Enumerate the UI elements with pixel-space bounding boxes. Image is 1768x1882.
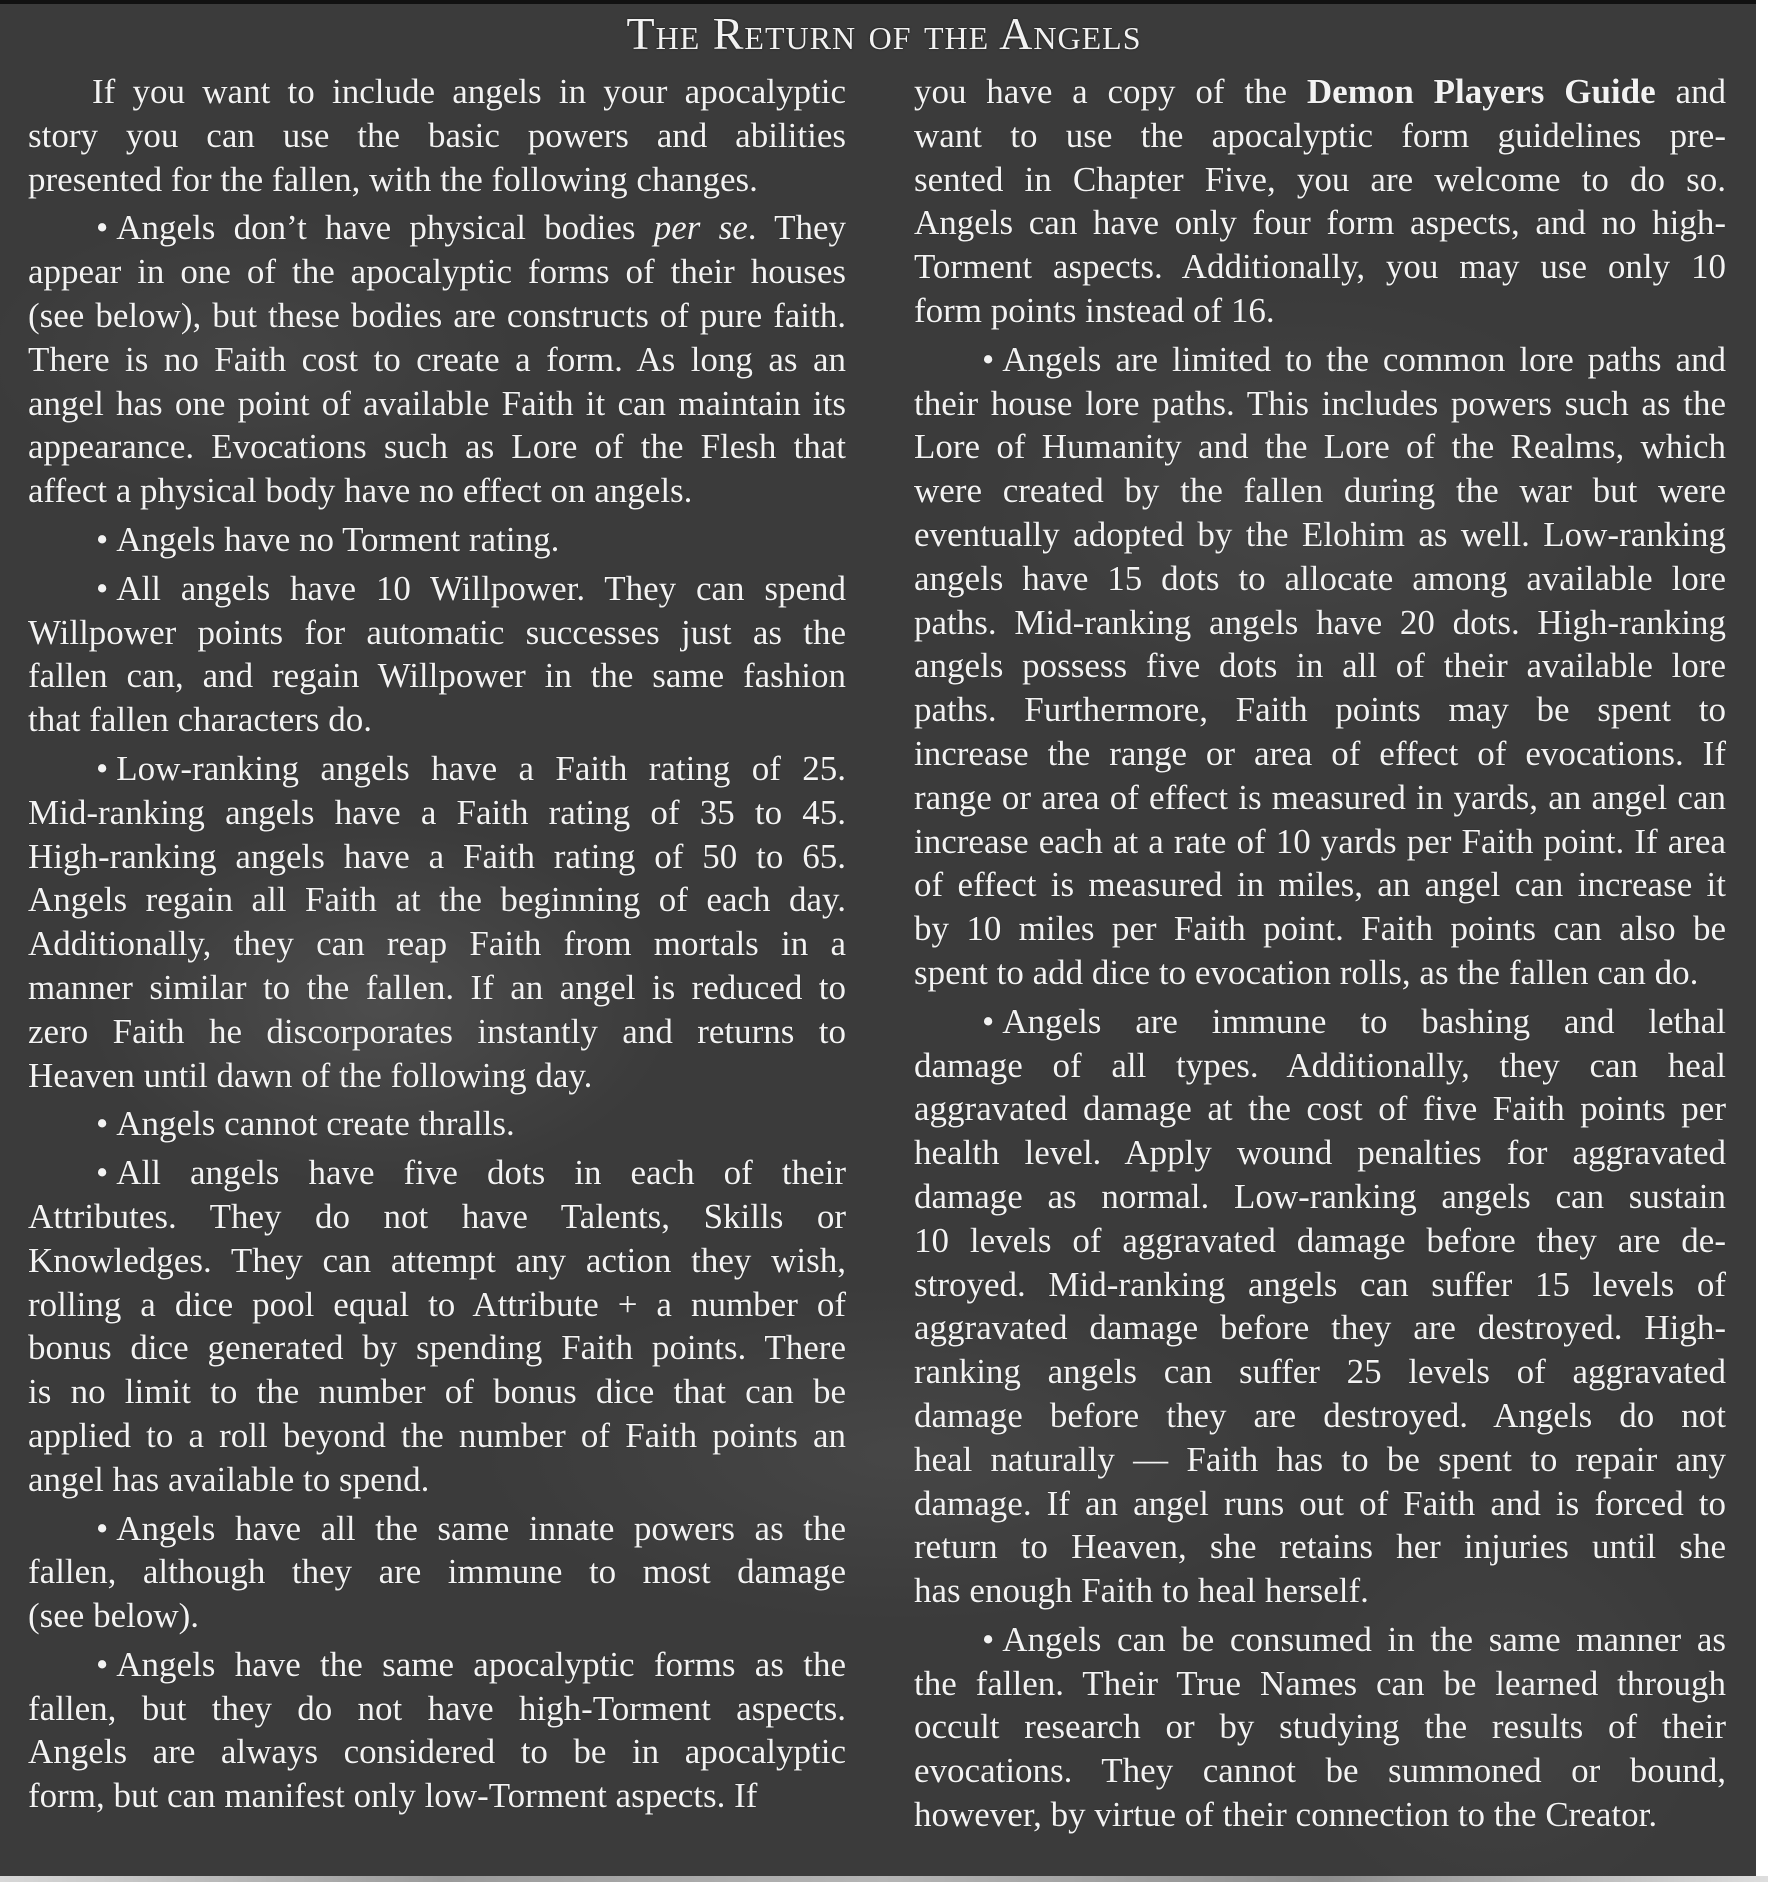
line-text: however, by virtue of their connection t… (914, 1795, 1657, 1834)
text-line: affect a physical body have no effect on… (28, 469, 846, 513)
bullet-icon: • (96, 208, 108, 247)
line-text: Lore of Humanity and the Lore of the Rea… (914, 427, 1726, 466)
line-text: form points instead of 16. (914, 291, 1275, 330)
text-line: manner similar to the fallen. If an ange… (28, 966, 846, 1010)
page-panel: The Return of the Angels If you want to … (0, 0, 1756, 1876)
text-line: 10 levels of aggravated damage before th… (914, 1219, 1726, 1263)
bullet-icon: • (96, 749, 108, 788)
text-line: Willpower points for automatic successes… (28, 611, 846, 655)
text-line: appearance. Evocations such as Lore of t… (28, 425, 846, 469)
text-line: range or area of effect is measured in y… (914, 776, 1726, 820)
bullet-paragraph: •Angels are immune to bashing and lethal… (914, 1000, 1726, 1613)
line-text: angel has one point of available Faith i… (28, 384, 846, 423)
text-line: damage of all types. Additionally, they … (914, 1044, 1726, 1088)
text-line: (see below). (28, 1594, 846, 1638)
line-text: of effect is measured in miles, an angel… (914, 865, 1726, 904)
line-text: applied to a roll beyond the number of F… (28, 1416, 846, 1455)
line-text: Angels have all the same innate powers a… (116, 1509, 846, 1548)
line-text: damage. If an angel runs out of Faith an… (914, 1484, 1726, 1523)
line-text: rolling a dice pool equal to Attribute +… (28, 1285, 846, 1324)
bullet-icon: • (982, 1002, 994, 1041)
text-line: (see below), but these bodies are constr… (28, 294, 846, 338)
bullet-paragraph: •Angels cannot create thralls. (28, 1102, 846, 1146)
line-text: If you want to include angels in your ap… (92, 72, 846, 111)
bullet-paragraph: •Low-ranking angels have a Faith rating … (28, 747, 846, 1097)
text-line: were created by the fallen during the wa… (914, 469, 1726, 513)
line-text: zero Faith he discorporates instantly an… (28, 1012, 846, 1051)
text-line: •Angels have the same apocalyptic forms … (28, 1643, 846, 1687)
text-line: Mid-ranking angels have a Faith rating o… (28, 791, 846, 835)
line-text: increase each at a rate of 10 yards per … (914, 822, 1726, 861)
line-text: All angels have 10 Willpower. They can s… (116, 569, 846, 608)
text-line: that fallen characters do. (28, 698, 846, 742)
line-text: Angels don’t have physical bodies per se… (116, 208, 846, 247)
line-text: has enough Faith to heal herself. (914, 1571, 1369, 1610)
text-line: increase each at a rate of 10 yards per … (914, 820, 1726, 864)
line-text: return to Heaven, she retains her injuri… (914, 1527, 1726, 1566)
line-text: Mid-ranking angels have a Faith rating o… (28, 793, 846, 832)
text-line: you have a copy of the Demon Players Gui… (914, 70, 1726, 114)
line-text: Low-ranking angels have a Faith rating o… (116, 749, 846, 788)
line-text: story you can use the basic powers and a… (28, 116, 846, 155)
text-line: There is no Faith cost to create a form.… (28, 338, 846, 382)
bullet-icon: • (96, 569, 108, 608)
text-line: Angels can have only four form aspects, … (914, 201, 1726, 245)
line-text: you have a copy of the Demon Players Gui… (914, 72, 1726, 111)
line-text: Angels have the same apocalyptic forms a… (116, 1645, 846, 1684)
bullet-icon: • (96, 1153, 108, 1192)
right-column: you have a copy of the Demon Players Gui… (914, 70, 1726, 1842)
line-text: Angels regain all Faith at the beginning… (28, 880, 846, 919)
bullet-paragraph: •All angels have five dots in each of th… (28, 1151, 846, 1501)
line-text: were created by the fallen during the wa… (914, 471, 1726, 510)
line-text: form, but can manifest only low-Torment … (28, 1776, 757, 1815)
text-line: want to use the apocalyptic form guideli… (914, 114, 1726, 158)
text-line: Heaven until dawn of the following day. (28, 1054, 846, 1098)
line-text: presented for the fallen, with the follo… (28, 160, 758, 199)
line-text: damage as normal. Low-ranking angels can… (914, 1177, 1726, 1216)
bullet-icon: • (96, 1509, 108, 1548)
line-text: Angels are always considered to be in ap… (28, 1732, 846, 1771)
text-line: bonus dice generated by spending Faith p… (28, 1326, 846, 1370)
line-text: aggravated damage at the cost of five Fa… (914, 1089, 1726, 1128)
text-line: •Angels are immune to bashing and lethal (914, 1000, 1726, 1044)
text-line: •Angels cannot create thralls. (28, 1102, 846, 1146)
line-text: occult research or by studying the resul… (914, 1707, 1726, 1746)
line-text: All angels have five dots in each of the… (116, 1153, 846, 1192)
line-text: Angels cannot create thralls. (116, 1104, 514, 1143)
line-text: manner similar to the fallen. If an ange… (28, 968, 846, 1007)
line-text: spent to add dice to evocation rolls, as… (914, 953, 1698, 992)
line-text: health level. Apply wound penalties for … (914, 1133, 1726, 1172)
text-line: •All angels have 10 Willpower. They can … (28, 567, 846, 611)
line-text: increase the range or area of effect of … (914, 734, 1726, 773)
line-text: (see below). (28, 1596, 199, 1635)
text-line: return to Heaven, she retains her injuri… (914, 1525, 1726, 1569)
line-text: damage of all types. Additionally, they … (914, 1046, 1726, 1085)
text-line: angel has one point of available Faith i… (28, 382, 846, 426)
text-line: angels have 15 dots to allocate among av… (914, 557, 1726, 601)
line-text: Angels are limited to the common lore pa… (1002, 340, 1726, 379)
text-line: •Angels are limited to the common lore p… (914, 338, 1726, 382)
text-line: by 10 miles per Faith point. Faith point… (914, 907, 1726, 951)
line-text: appearance. Evocations such as Lore of t… (28, 427, 846, 466)
text-line: aggravated damage before they are destro… (914, 1306, 1726, 1350)
line-text: their house lore paths. This includes po… (914, 384, 1726, 423)
line-text: damage before they are destroyed. Angels… (914, 1396, 1726, 1435)
line-text: affect a physical body have no effect on… (28, 471, 692, 510)
text-line: damage as normal. Low-ranking angels can… (914, 1175, 1726, 1219)
line-text: Angels can be consumed in the same manne… (1002, 1620, 1726, 1659)
line-text: evocations. They cannot be summoned or b… (914, 1751, 1726, 1790)
text-line: is no limit to the number of bonus dice … (28, 1370, 846, 1414)
line-text: (see below), but these bodies are constr… (28, 296, 846, 335)
text-line: their house lore paths. This includes po… (914, 382, 1726, 426)
text-line: has enough Faith to heal herself. (914, 1569, 1726, 1613)
line-text: aggravated damage before they are destro… (914, 1308, 1726, 1347)
line-text: Heaven until dawn of the following day. (28, 1056, 592, 1095)
line-text: Angels can have only four form aspects, … (914, 203, 1726, 242)
line-text: angels possess five dots in all of their… (914, 646, 1726, 685)
bottom-edge (0, 1876, 1768, 1882)
text-line: •Angels can be consumed in the same mann… (914, 1618, 1726, 1662)
bullet-paragraph: •Angels have no Torment rating. (28, 518, 846, 562)
line-text: Torment aspects. Additionally, you may u… (914, 247, 1726, 286)
text-line: •Angels have all the same innate powers … (28, 1507, 846, 1551)
bullet-paragraph: •Angels are limited to the common lore p… (914, 338, 1726, 995)
line-text: There is no Faith cost to create a form.… (28, 340, 846, 379)
text-line: damage. If an angel runs out of Faith an… (914, 1482, 1726, 1526)
line-text: eventually adopted by the Elohim as well… (914, 515, 1726, 554)
line-text: sented in Chapter Five, you are welcome … (914, 160, 1726, 199)
text-line: Attributes. They do not have Talents, Sk… (28, 1195, 846, 1239)
text-line: appear in one of the apocalyptic forms o… (28, 250, 846, 294)
text-line: High-ranking angels have a Faith rating … (28, 835, 846, 879)
text-line: sented in Chapter Five, you are welcome … (914, 158, 1726, 202)
line-text: ranking angels can suffer 25 levels of a… (914, 1352, 1726, 1391)
bullet-icon: • (96, 1104, 108, 1143)
text-line: fallen can, and regain Willpower in the … (28, 654, 846, 698)
line-text: fallen can, and regain Willpower in the … (28, 656, 846, 695)
text-line: rolling a dice pool equal to Attribute +… (28, 1283, 846, 1327)
text-line: Angels are always considered to be in ap… (28, 1730, 846, 1774)
line-text: Angels have no Torment rating. (116, 520, 559, 559)
line-text: by 10 miles per Faith point. Faith point… (914, 909, 1726, 948)
line-text: paths. Mid-ranking angels have 20 dots. … (914, 603, 1726, 642)
line-text: angel has available to spend. (28, 1460, 429, 1499)
text-line: Torment aspects. Additionally, you may u… (914, 245, 1726, 289)
bullet-paragraph: •Angels don’t have physical bodies per s… (28, 206, 846, 513)
text-line: form points instead of 16. (914, 289, 1726, 333)
bullet-paragraph: •Angels have all the same innate powers … (28, 1507, 846, 1638)
text-line: If you want to include angels in your ap… (28, 70, 846, 114)
text-line: increase the range or area of effect of … (914, 732, 1726, 776)
bullet-icon: • (982, 1620, 994, 1659)
line-text: Willpower points for automatic successes… (28, 613, 846, 652)
line-text: Angels are immune to bashing and lethal (1002, 1002, 1726, 1041)
line-text: that fallen characters do. (28, 700, 372, 739)
bullet-paragraph: •Angels can be consumed in the same mann… (914, 1618, 1726, 1837)
text-line: angels possess five dots in all of their… (914, 644, 1726, 688)
line-text: fallen, but they do not have high-Tormen… (28, 1689, 846, 1728)
line-text: High-ranking angels have a Faith rating … (28, 837, 846, 876)
bullet-paragraph: •All angels have 10 Willpower. They can … (28, 567, 846, 742)
line-text: want to use the apocalyptic form guideli… (914, 116, 1726, 155)
text-line: Lore of Humanity and the Lore of the Rea… (914, 425, 1726, 469)
text-line: evocations. They cannot be summoned or b… (914, 1749, 1726, 1793)
text-line: spent to add dice to evocation rolls, as… (914, 951, 1726, 995)
text-line: Additionally, they can reap Faith from m… (28, 922, 846, 966)
paragraph: you have a copy of the Demon Players Gui… (914, 70, 1726, 333)
text-line: heal naturally — Faith has to be spent t… (914, 1438, 1726, 1482)
text-line: paths. Furthermore, Faith points may be … (914, 688, 1726, 732)
text-line: of effect is measured in miles, an angel… (914, 863, 1726, 907)
line-text: appear in one of the apocalyptic forms o… (28, 252, 846, 291)
line-text: Attributes. They do not have Talents, Sk… (28, 1197, 846, 1236)
line-text: Additionally, they can reap Faith from m… (28, 924, 846, 963)
text-line: health level. Apply wound penalties for … (914, 1131, 1726, 1175)
bullet-icon: • (96, 1645, 108, 1684)
paragraph: If you want to include angels in your ap… (28, 70, 846, 201)
line-text: stroyed. Mid-ranking angels can suffer 1… (914, 1265, 1726, 1304)
bullet-icon: • (96, 520, 108, 559)
text-line: paths. Mid-ranking angels have 20 dots. … (914, 601, 1726, 645)
text-line: ranking angels can suffer 25 levels of a… (914, 1350, 1726, 1394)
text-line: damage before they are destroyed. Angels… (914, 1394, 1726, 1438)
line-text: 10 levels of aggravated damage before th… (914, 1221, 1726, 1260)
text-line: fallen, although they are immune to most… (28, 1550, 846, 1594)
page-title: The Return of the Angels (0, 8, 1768, 60)
text-line: form, but can manifest only low-Torment … (28, 1774, 846, 1818)
text-line: Angels regain all Faith at the beginning… (28, 878, 846, 922)
text-line: story you can use the basic powers and a… (28, 114, 846, 158)
text-line: zero Faith he discorporates instantly an… (28, 1010, 846, 1054)
line-text: the fallen. Their True Names can be lear… (914, 1664, 1726, 1703)
line-text: heal naturally — Faith has to be spent t… (914, 1440, 1726, 1479)
text-line: fallen, but they do not have high-Tormen… (28, 1687, 846, 1731)
text-line: Knowledges. They can attempt any action … (28, 1239, 846, 1283)
text-line: •Angels have no Torment rating. (28, 518, 846, 562)
text-line: •Angels don’t have physical bodies per s… (28, 206, 846, 250)
line-text: paths. Furthermore, Faith points may be … (914, 690, 1726, 729)
text-line: •Low-ranking angels have a Faith rating … (28, 747, 846, 791)
line-text: fallen, although they are immune to most… (28, 1552, 846, 1591)
text-line: applied to a roll beyond the number of F… (28, 1414, 846, 1458)
line-text: is no limit to the number of bonus dice … (28, 1372, 846, 1411)
line-text: angels have 15 dots to allocate among av… (914, 559, 1726, 598)
line-text: bonus dice generated by spending Faith p… (28, 1328, 846, 1367)
line-text: Knowledges. They can attempt any action … (28, 1241, 846, 1280)
text-line: occult research or by studying the resul… (914, 1705, 1726, 1749)
text-line: angel has available to spend. (28, 1458, 846, 1502)
line-text: range or area of effect is measured in y… (914, 778, 1726, 817)
text-line: stroyed. Mid-ranking angels can suffer 1… (914, 1263, 1726, 1307)
bullet-icon: • (982, 340, 994, 379)
left-column: If you want to include angels in your ap… (28, 70, 846, 1823)
bullet-paragraph: •Angels have the same apocalyptic forms … (28, 1643, 846, 1818)
text-line: eventually adopted by the Elohim as well… (914, 513, 1726, 557)
text-line: however, by virtue of their connection t… (914, 1793, 1726, 1837)
text-line: aggravated damage at the cost of five Fa… (914, 1087, 1726, 1131)
text-line: •All angels have five dots in each of th… (28, 1151, 846, 1195)
text-line: the fallen. Their True Names can be lear… (914, 1662, 1726, 1706)
text-line: presented for the fallen, with the follo… (28, 158, 846, 202)
